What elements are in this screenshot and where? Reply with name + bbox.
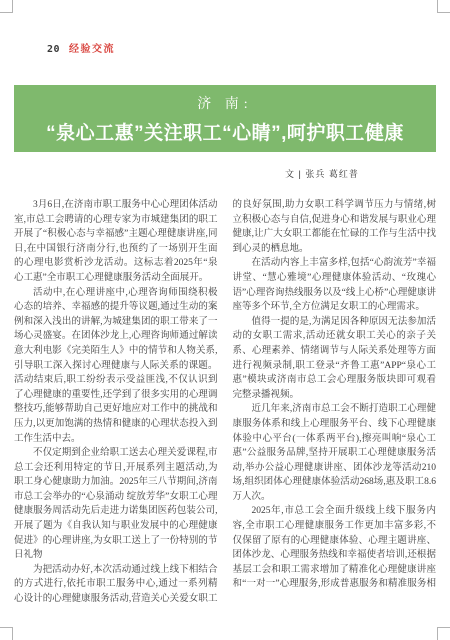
crop-mark-top-right <box>437 0 450 13</box>
paragraph-7: 近几年来,济南市总工会不断打造职工心理健康服务体系和线上心理服务平台、线下心理健… <box>233 402 437 504</box>
paragraph-2: 活动中,在心理讲座中,心理咨询师围绕积极心态的培养、幸福感的提升等议题,通过生动… <box>14 286 218 447</box>
page-number: 20 <box>47 44 60 55</box>
title-headline: “泉心工惠”关注职工“心睛”,呵护职工健康 <box>46 118 404 145</box>
crop-mark-bottom-left <box>0 627 13 640</box>
title-banner: 济 南: “泉心工惠”关注职工“心睛”,呵护职工健康 <box>14 85 436 152</box>
paragraph-3: 不仅定期到企业给职工送去心理关爱课程,市总工会还利用特定的节日,开展系列主题活动… <box>14 446 218 563</box>
crop-mark-bottom-right <box>437 627 450 640</box>
byline: 文 | 张兵 葛红普 <box>285 167 359 180</box>
section-label: 经验交流 <box>69 40 115 55</box>
running-head: 20 经验交流 <box>47 40 115 55</box>
magazine-page: 20 经验交流 济 南: “泉心工惠”关注职工“心睛”,呵护职工健康 文 | 张… <box>0 0 450 640</box>
crop-mark-top-left <box>0 0 13 13</box>
article-body: 3月6日,在济南市职工服务中心心理团体活动室,市总工会聘请的心理专家为市城建集团… <box>14 198 436 610</box>
paragraph-5: 在活动内容上丰富多样,包括“心韵流芳”幸福讲堂、“慧心雅境”心理健康体验活动、“… <box>233 256 437 314</box>
title-city: 济 南: <box>197 93 252 113</box>
paragraph-1: 3月6日,在济南市职工服务中心心理团体活动室,市总工会聘请的心理专家为市城建集团… <box>14 198 218 286</box>
paragraph-6: 值得一提的是,为满足因各种原因无法参加活动的女职工需求,活动还就女职工关心的亲子… <box>233 315 437 403</box>
